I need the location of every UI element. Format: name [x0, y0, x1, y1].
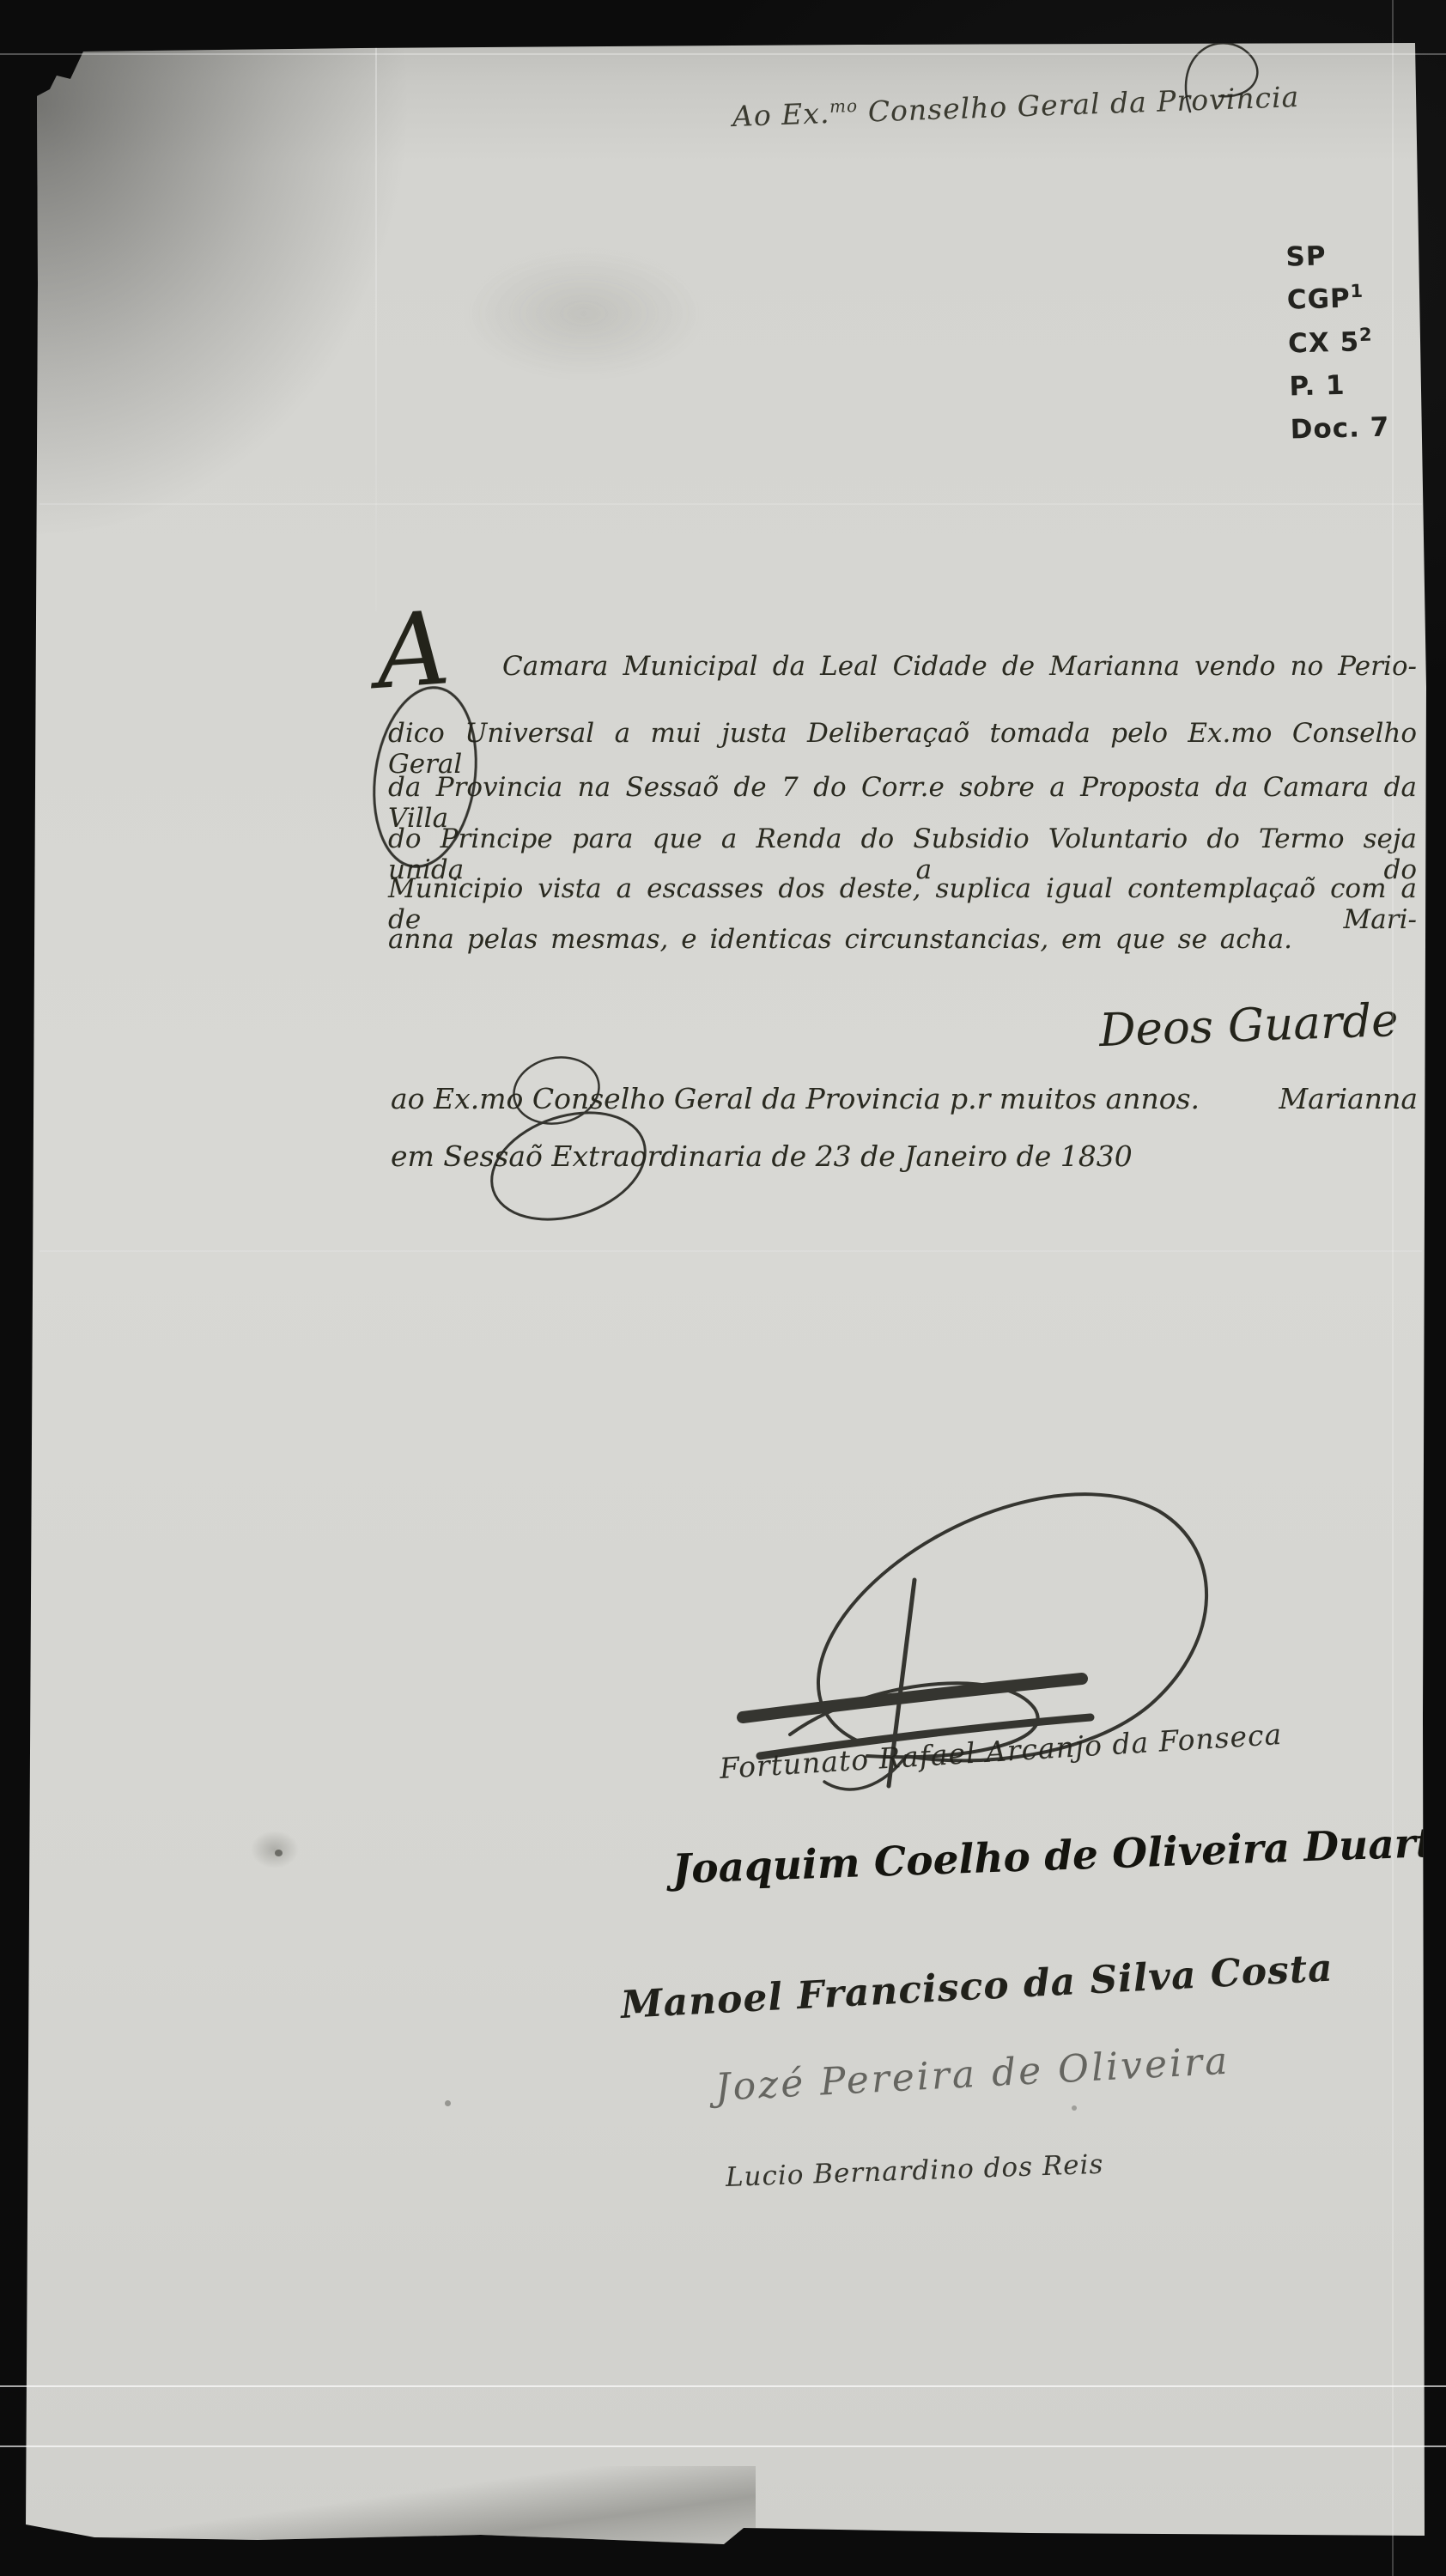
ink-flourishes-layer [0, 0, 1446, 2576]
archival-line: Doc. 7 [1290, 401, 1437, 448]
archival-code-sup: 1 [1350, 281, 1364, 301]
body-line: Camara Municipal da Leal Cidade de Maria… [502, 651, 1417, 682]
archival-line: P. 1 [1289, 358, 1436, 405]
archival-line: SP [1285, 228, 1432, 276]
salutation-superscript: mo [829, 95, 859, 117]
closing-text: ao Ex.mo Conselho Geral da Provincia p.r… [391, 1082, 1200, 1115]
signature: Joaquim Coelho de Oliveira Duarte [671, 1819, 1446, 1893]
signature: Fortunato Rafael Arcanjo da Fonseca [719, 1717, 1283, 1785]
body-line: anna pelas mesmas, e identicas circunsta… [388, 924, 1292, 955]
closing-line: ao Ex.mo Conselho Geral da Provincia p.r… [391, 1082, 1418, 1115]
signature: Lucio Bernardino dos Reis [725, 2149, 1104, 2193]
closing-date-line: em Sessaõ Extraordinaria de 23 de Janeir… [391, 1139, 1133, 1173]
fold-crease-vertical [375, 45, 377, 611]
archival-line: CGP1 [1286, 271, 1433, 319]
archival-line: CX 52 [1287, 314, 1434, 361]
archival-code: SP [1285, 240, 1327, 272]
archival-code: CGP [1286, 283, 1351, 316]
ink-bleedthrough [464, 249, 704, 378]
document-page: Ao Ex.mo Conselho Geral da Provincia SP … [0, 0, 1446, 2576]
signature: Manoel Francisco da Silva Costa [620, 1947, 1334, 2027]
paper-stain [251, 1831, 299, 1868]
paper-bottom-fold-shadow [69, 2466, 756, 2545]
body-initial-letter: A [373, 597, 453, 703]
body-line: dico Universal a mui justa Deliberaçaõ t… [388, 718, 1417, 780]
signature: Jozé Pereira de Oliveira [714, 2039, 1231, 2110]
scanned-document-photo: Ao Ex.mo Conselho Geral da Provincia SP … [0, 0, 1446, 2576]
closing-deos-guarde: Deos Guarde [1098, 994, 1399, 1057]
paper-corner-shadow [0, 0, 670, 816]
archival-code: CX 5 [1288, 326, 1360, 359]
archival-code: Doc. 7 [1290, 412, 1389, 446]
fold-crease-horizontal [39, 503, 1422, 505]
closing-place: Marianna [1279, 1082, 1418, 1115]
fold-crease-horizontal [39, 1250, 1422, 1252]
salutation-line: Ao Ex.mo Conselho Geral da Provincia [732, 80, 1300, 133]
salutation-rest: Conselho Geral da Provincia [858, 80, 1300, 129]
paper-speck [275, 1850, 283, 1856]
paper-speck [1072, 2105, 1077, 2111]
salutation-prefix: Ao Ex. [732, 96, 830, 133]
archival-code-sup: 2 [1359, 324, 1373, 344]
paper-speck [445, 2100, 451, 2106]
archival-reference: SP CGP1 CX 52 P. 1 Doc. 7 [1285, 228, 1437, 448]
archival-code: P. 1 [1289, 370, 1346, 403]
